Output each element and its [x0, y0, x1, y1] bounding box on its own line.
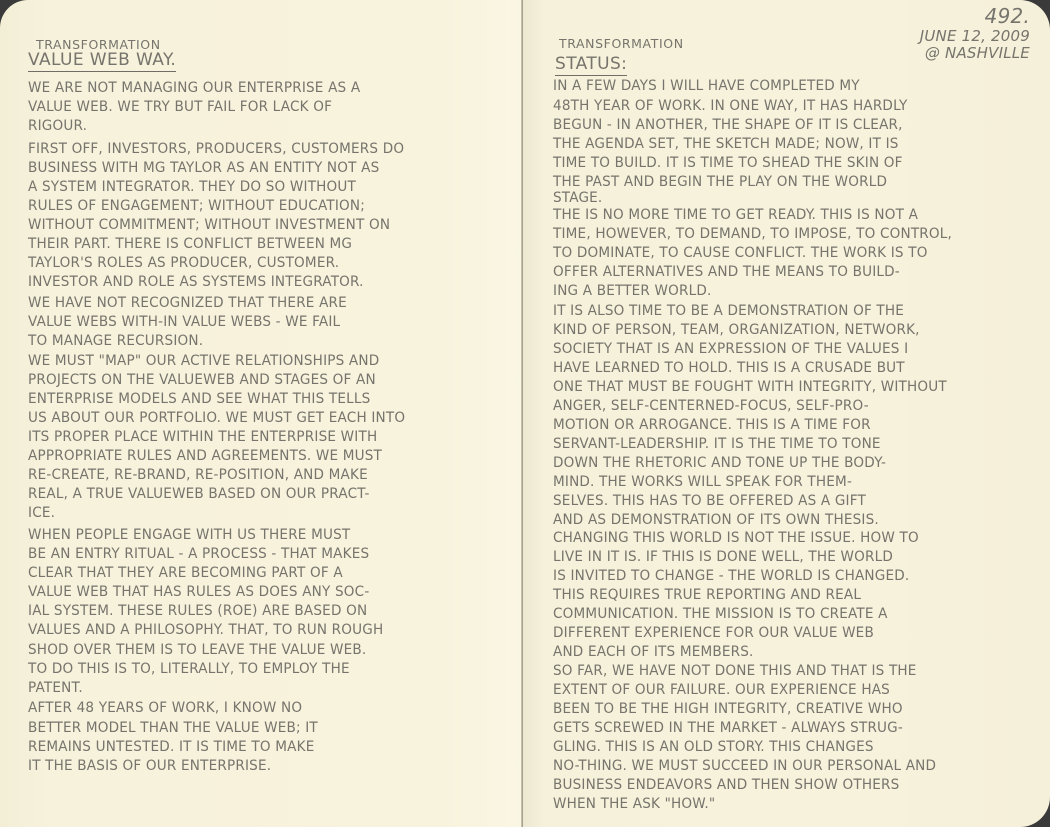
right-text-line: and as demonstration of its own thesis.: [553, 510, 879, 529]
right-text-line: been to be the high integrity, creative …: [553, 699, 903, 718]
left-text-line: real, a true valueweb based on our pract…: [28, 484, 370, 503]
left-text-line: its proper place within the enterprise w…: [28, 427, 377, 446]
left-text-line: enterprise models and see what this tell…: [28, 389, 370, 408]
right-section-label: Transformation: [559, 36, 684, 51]
right-text-line: In a few days I will have completed my: [553, 76, 860, 95]
right-text-line: society that is an expression of the val…: [553, 339, 908, 358]
left-text-line: it the basis of our enterprise.: [28, 756, 271, 775]
right-page-title: Status:: [555, 54, 627, 76]
right-text-line: is invited to change - the world is chan…: [553, 566, 909, 585]
right-text-line: live in it is. If this is done well, the…: [553, 547, 893, 566]
left-text-line: a system integrator. They do so without: [28, 177, 356, 196]
right-text-line: down the rhetoric and tone up the body-: [553, 453, 886, 472]
left-text-line: their part. There is conflict between MG: [28, 234, 352, 253]
right-text-line: the past and begin the play on the world: [553, 172, 887, 191]
page-number: 492.: [985, 4, 1030, 28]
right-text-line: no-thing. We must succeed in our persona…: [553, 756, 936, 775]
left-text-line: rules of engagement; without education;: [28, 196, 365, 215]
right-text-line: time, however, to demand, to impose, to …: [553, 224, 952, 243]
left-text-line: projects on the valueweb and stages of a…: [28, 370, 376, 389]
left-text-line: appropriate rules and agreements. We mus…: [28, 446, 382, 465]
left-text-line: We are not managing our enterprise as a: [28, 78, 360, 97]
right-text-line: anger, self-centerned-focus, self-pro-: [553, 396, 869, 415]
right-text-line: to dominate, to cause conflict. The work…: [553, 243, 928, 262]
left-text-line: us about our portfolio. We must get each…: [28, 408, 405, 427]
left-text-line: business with MG Taylor as an entity not…: [28, 158, 379, 177]
right-text-line: have learned to hold. This is a crusade …: [553, 358, 905, 377]
left-text-line: better model than the value web; it: [28, 718, 318, 737]
right-text-line: selves. This has to be offered as a gift: [553, 491, 866, 510]
left-text-line: be an entry ritual - a process - that ma…: [28, 544, 369, 563]
left-text-line: value web. We try but fail for lack of: [28, 97, 332, 116]
left-text-line: investor and role as systems integrator.: [28, 272, 364, 291]
left-text-line: First off, investors, producers, custome…: [28, 139, 404, 158]
right-text-line: It is also time to be a demonstration of…: [553, 301, 904, 320]
left-text-line: After 48 years of work, I know no: [28, 698, 302, 717]
right-text-line: mind. The works will speak for them-: [553, 472, 852, 491]
right-text-line: time to build. It is time to shead the s…: [553, 153, 903, 172]
right-text-line: one that must be fought with integrity, …: [553, 377, 947, 396]
right-text-line: offer alternatives and the means to buil…: [553, 262, 900, 281]
right-text-line: when the ask "how.": [553, 794, 715, 813]
left-text-line: values and a philosophy. That, to run ro…: [28, 620, 383, 639]
right-text-line: begun - in another, the shape of it is c…: [553, 115, 903, 134]
left-page-title: Value Web Way.: [28, 50, 176, 72]
left-text-line: value webs with-in value webs - we fail: [28, 312, 340, 331]
left-text-line: value web that has rules as does any soc…: [28, 582, 369, 601]
right-text-line: 48th year of work. In one way, it has ha…: [553, 96, 908, 115]
left-text-line: We must "map" our active relationships a…: [28, 351, 379, 370]
right-text-line: business endeavors and then show others: [553, 775, 899, 794]
right-text-line: communication. The mission is to create …: [553, 604, 888, 623]
right-page: 492. June 12, 2009 @ Nashville Transform…: [523, 0, 1050, 827]
right-text-line: servant-leadership. It is the time to to…: [553, 434, 881, 453]
left-text-line: rigour.: [28, 116, 87, 135]
right-text-line: ing a better world.: [553, 281, 712, 300]
left-text-line: re-create, re-brand, re-position, and ma…: [28, 465, 368, 484]
left-text-line: ice.: [28, 503, 55, 522]
right-text-line: and each of its members.: [553, 642, 754, 661]
right-text-line: So far, we have not done this and that i…: [553, 661, 917, 680]
left-text-line: shod over them is to leave the value web…: [28, 640, 366, 659]
right-text-line: The is no more time to get ready. This i…: [553, 205, 918, 224]
right-text-line: motion or arrogance. This is a time for: [553, 415, 871, 434]
right-text-line: kind of person, team, organization, netw…: [553, 320, 920, 339]
right-text-line: gets screwed in the market - always stru…: [553, 718, 903, 737]
right-text-line: extent of our failure. Our experience ha…: [553, 680, 890, 699]
left-text-line: Taylor's roles as producer, customer.: [28, 253, 339, 272]
entry-date: June 12, 2009: [920, 28, 1030, 45]
left-text-line: remains untested. It is time to make: [28, 737, 314, 756]
notebook-spread: Transformation Value Web Way. We are not…: [0, 0, 1050, 827]
left-text-line: We have not recognized that there are: [28, 293, 347, 312]
right-text-line: Changing this world is not the issue. Ho…: [553, 528, 919, 547]
right-text-line: gling. This is an old story. This change…: [553, 737, 874, 756]
entry-location: @ Nashville: [925, 45, 1030, 62]
left-text-line: When people engage with us there must: [28, 525, 350, 544]
left-text-line: ial system. These rules (ROE) are based …: [28, 601, 367, 620]
left-page: Transformation Value Web Way. We are not…: [0, 0, 522, 827]
left-text-line: without commitment; without investment o…: [28, 215, 390, 234]
right-text-line: the agenda set, the sketch made; now, it…: [553, 134, 899, 153]
left-text-line: to manage recursion.: [28, 331, 203, 350]
left-text-line: To do this is to, literally, to employ t…: [28, 659, 350, 678]
right-text-line: This requires true reporting and real: [553, 585, 861, 604]
left-text-line: patent.: [28, 678, 83, 697]
right-text-line: different experience for our value web: [553, 623, 874, 642]
left-text-line: clear that they are becoming part of a: [28, 563, 343, 582]
